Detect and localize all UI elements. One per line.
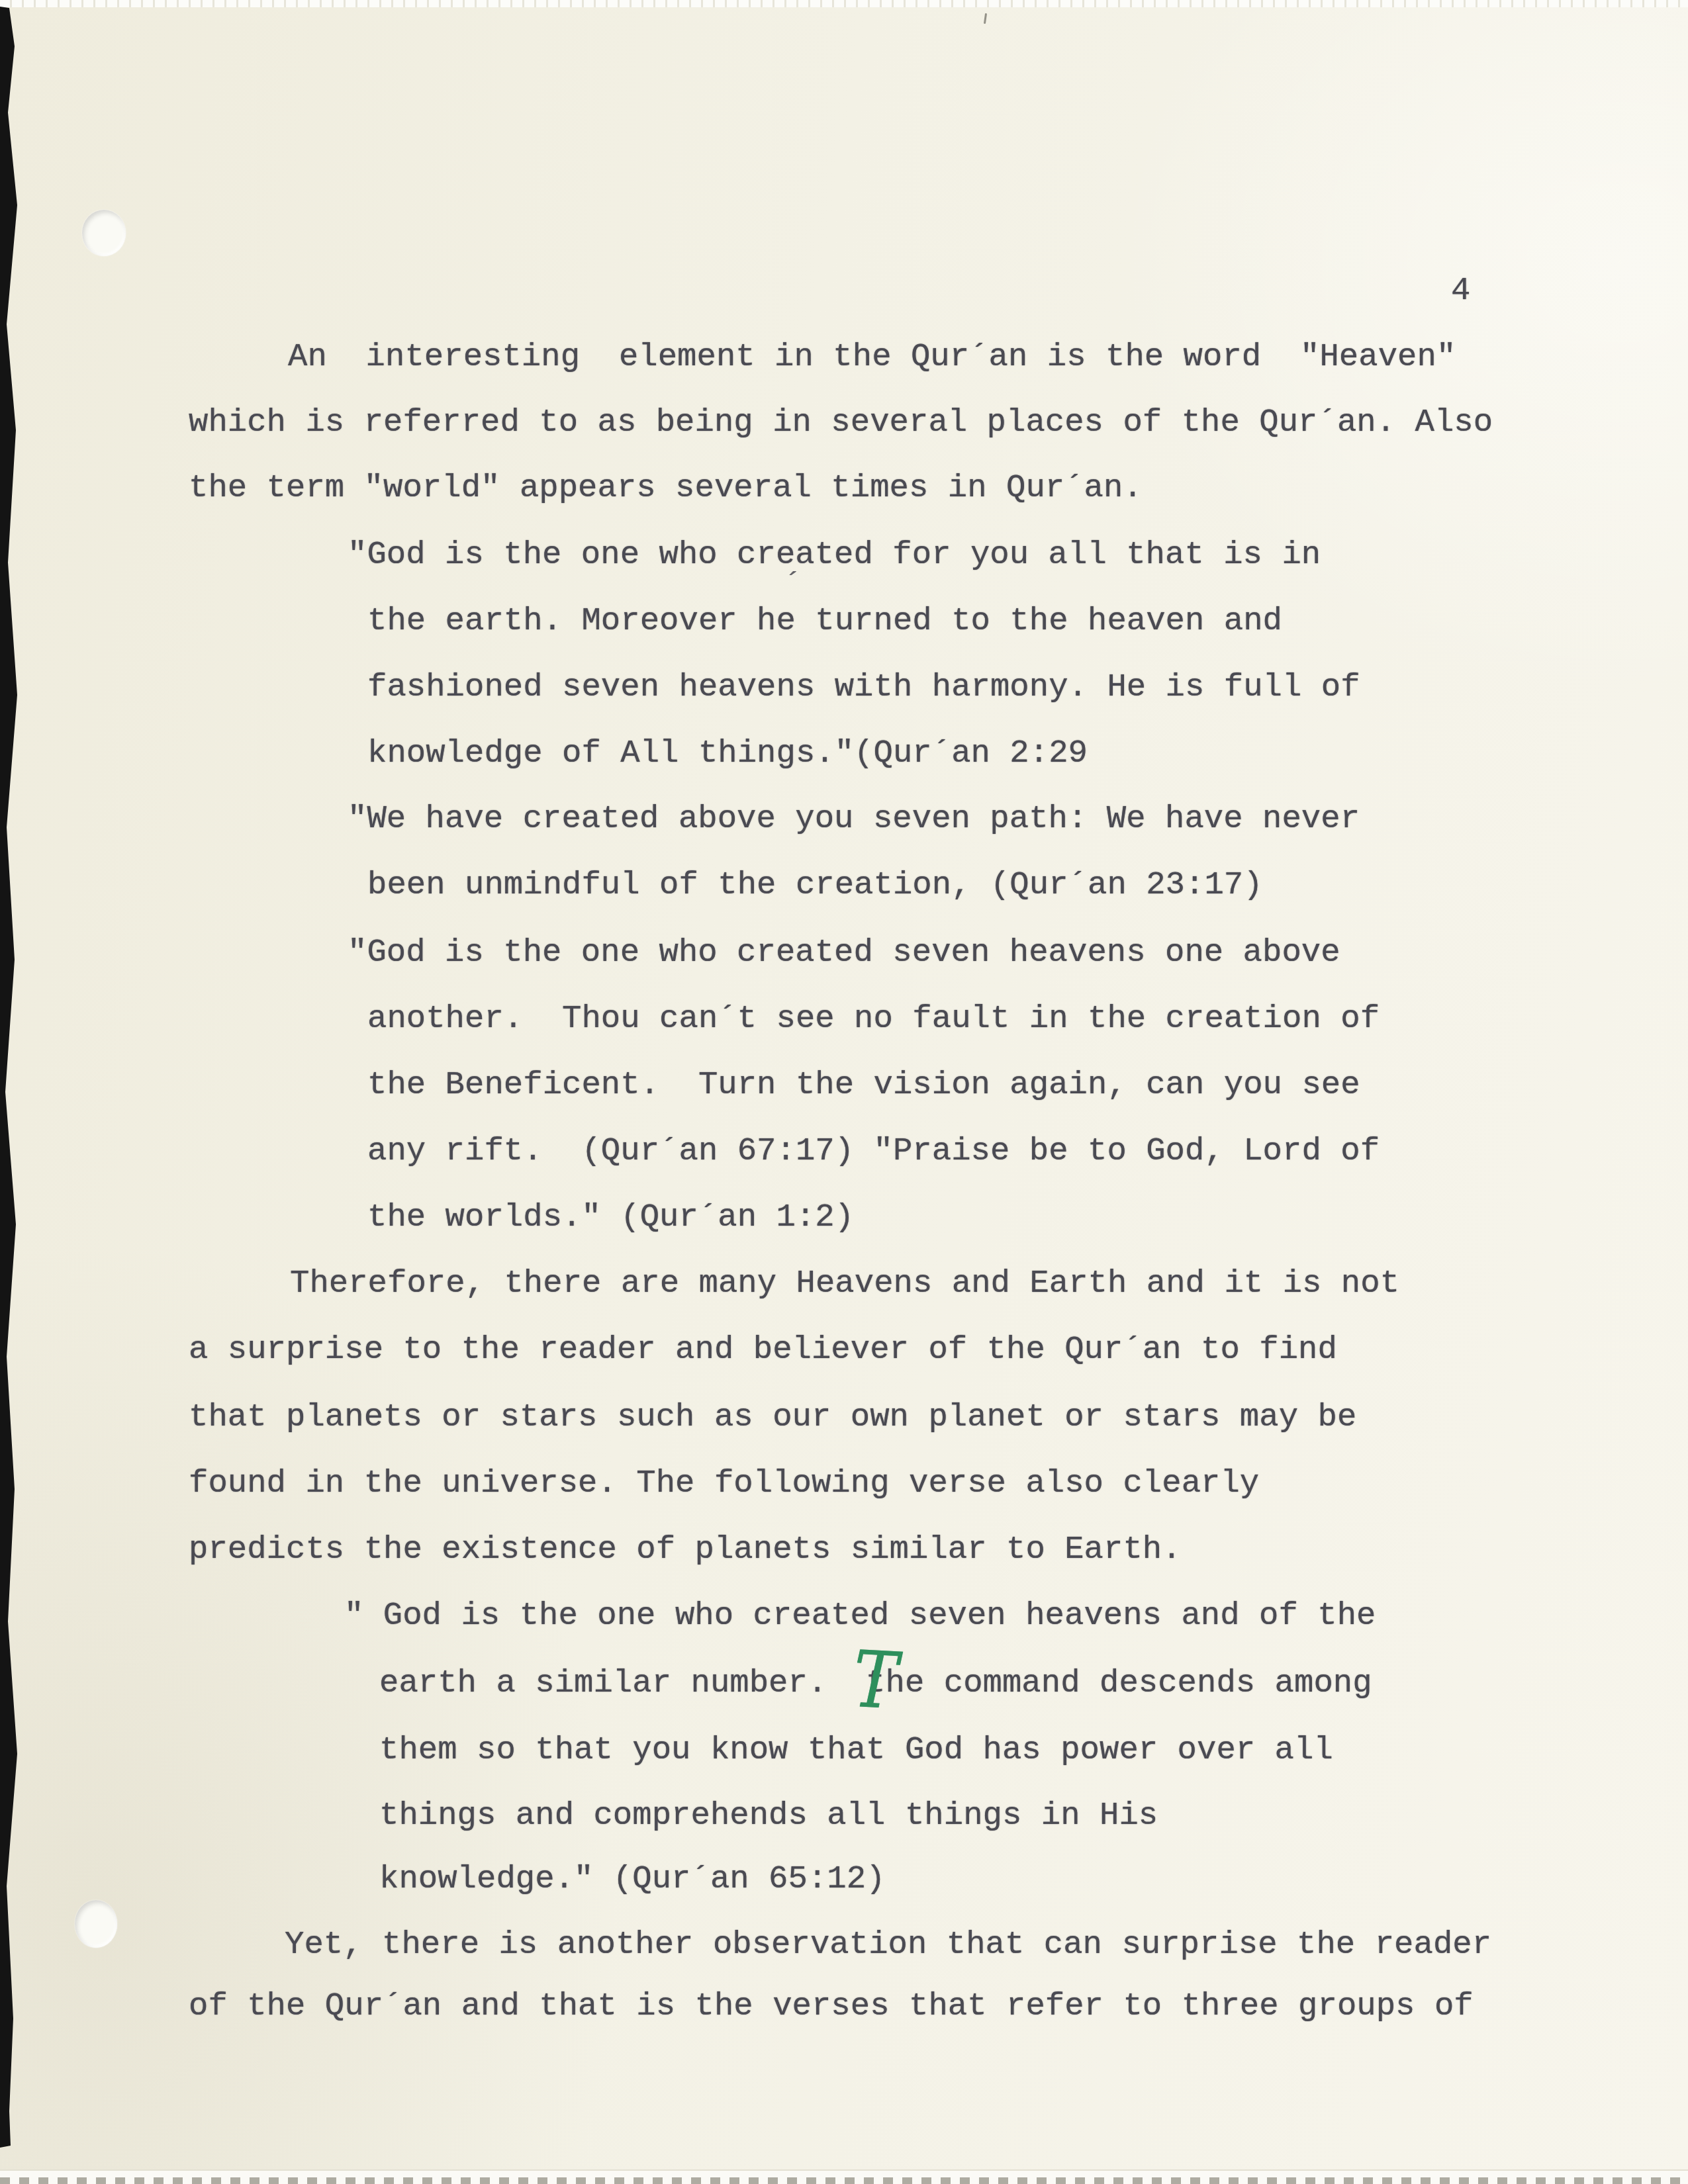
punch-hole: [75, 1900, 117, 1948]
handwritten-correction-letter: T: [851, 1640, 900, 1720]
typed-line: knowledge of All things."(Qur´an 2:29: [367, 737, 1088, 770]
typed-line: another. Thou can´t see no fault in the …: [367, 1003, 1380, 1035]
typed-line: Yet, there is another observation that c…: [285, 1929, 1491, 1961]
typed-line: any rift. (Qur´an 67:17) "Praise be to G…: [367, 1135, 1380, 1167]
scan-edge-top: [0, 0, 1688, 7]
typed-line: An interesting element in the Qur´an is …: [288, 341, 1456, 373]
typed-line: " God is the one who created seven heave…: [344, 1600, 1376, 1632]
scan-edge-left: [0, 7, 20, 2148]
typed-line: knowledge." (Qur´an 65:12): [379, 1863, 886, 1895]
typed-line: "God is the one who created seven heaven…: [348, 936, 1340, 969]
typed-line: them so that you know that God has power…: [379, 1734, 1333, 1766]
typed-line: found in the universe. The following ver…: [189, 1467, 1259, 1500]
paper: 4 An interesting element in the Qur´an i…: [0, 0, 1688, 2184]
typed-line: fashioned seven heavens with harmony. He…: [367, 671, 1360, 704]
typed-line: Therefore, there are many Heavens and Ea…: [290, 1267, 1399, 1300]
typed-line: predicts the existence of planets simila…: [189, 1533, 1182, 1566]
stray-accent-mark: ´: [783, 569, 802, 602]
punch-hole: [82, 210, 126, 256]
typed-line: "God is the one who created for you all …: [348, 539, 1321, 571]
page-number: 4: [1451, 275, 1470, 307]
typed-line: been unmindful of the creation, (Qur´an …: [367, 869, 1263, 901]
typed-line: which is referred to as being in several…: [189, 406, 1493, 439]
typed-line: that planets or stars such as our own pl…: [189, 1401, 1356, 1433]
scan-edge-bottom: [0, 2169, 1688, 2184]
typed-line: the Beneficent. Turn the vision again, c…: [367, 1069, 1360, 1101]
typed-line: "We have created above you seven path: W…: [348, 803, 1360, 835]
typed-line: the term "world" appears several times i…: [189, 472, 1143, 504]
typed-line: the worlds." (Qur´an 1:2): [367, 1201, 854, 1234]
perforation-strip: [0, 2177, 1688, 2184]
typed-line: the earth. Moreover he turned to the hea…: [367, 605, 1282, 637]
scan-speck: [984, 13, 987, 24]
typed-line: things and comprehends all things in His: [379, 1799, 1158, 1832]
typed-line: a surprise to the reader and believer of…: [189, 1334, 1337, 1366]
typed-line: of the Qur´an and that is the verses tha…: [189, 1990, 1474, 2023]
